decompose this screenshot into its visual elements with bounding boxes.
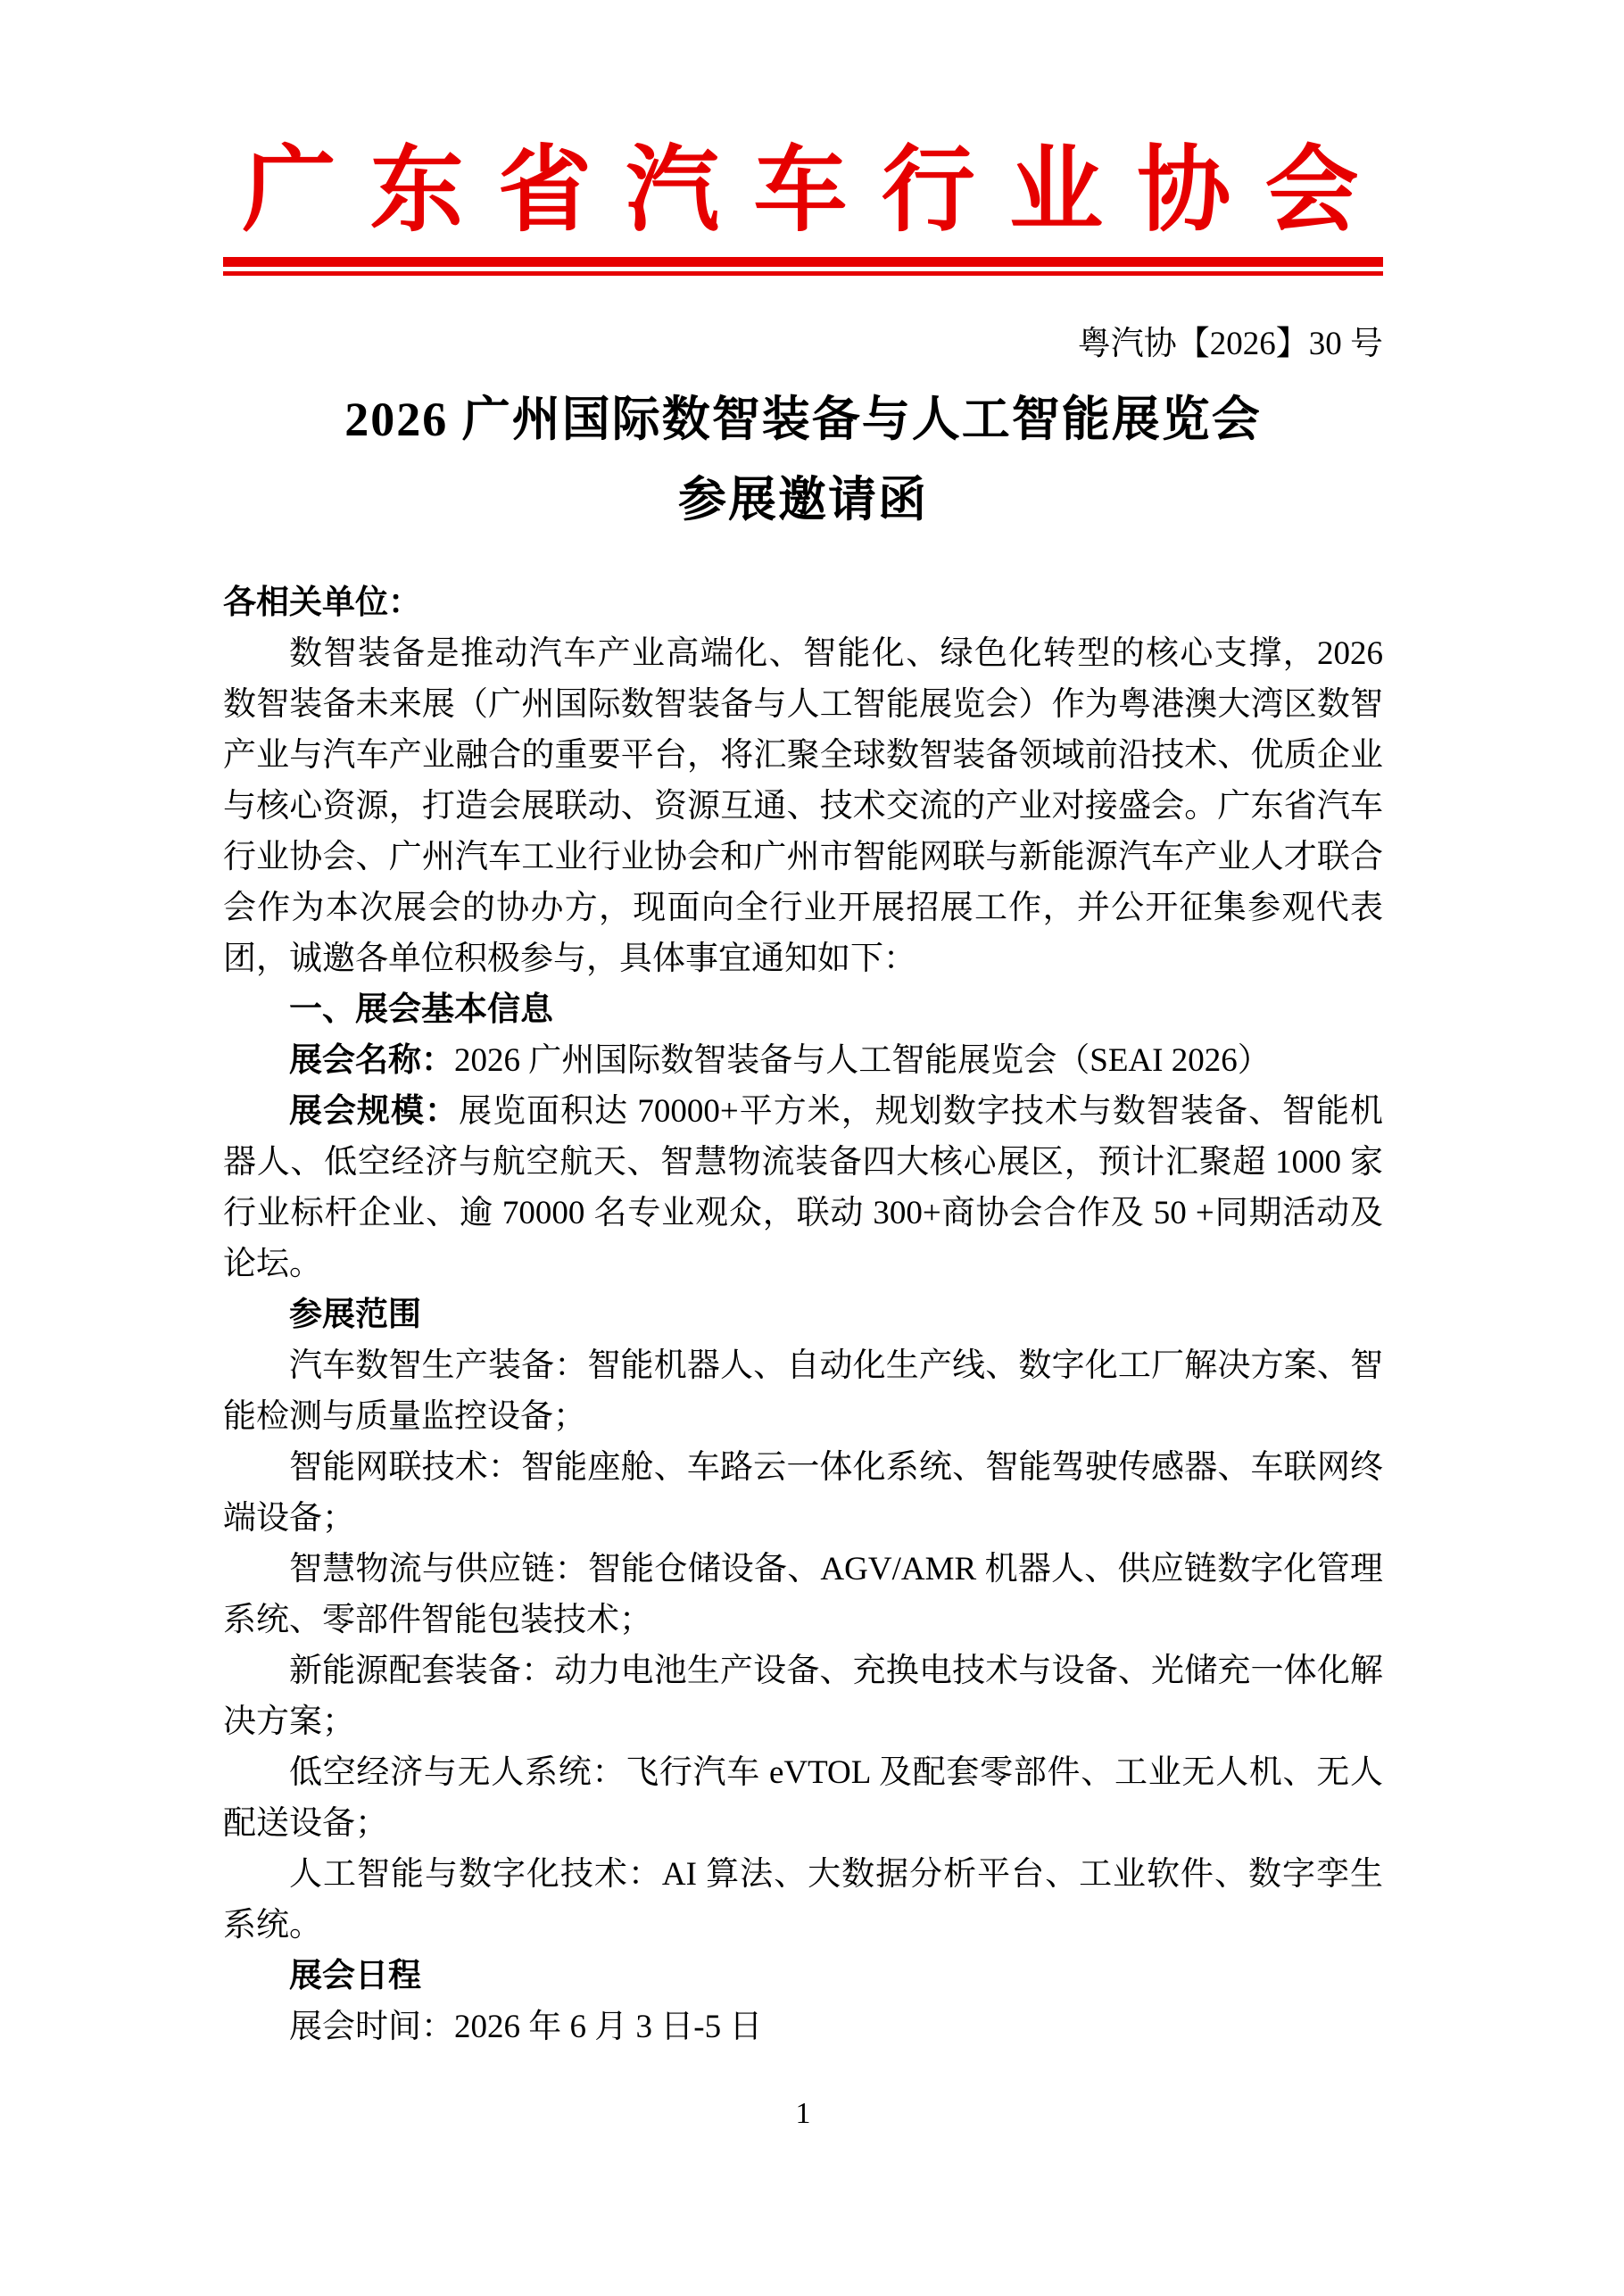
salutation: 各相关单位： <box>223 577 1383 628</box>
section-heading-basic-info: 一、展会基本信息 <box>223 984 1383 1035</box>
doc-title: 2026 广州国际数智装备与人工智能展览会 <box>223 392 1383 447</box>
letterhead-rule-thick <box>223 257 1383 267</box>
doc-subtitle: 参展邀请函 <box>223 472 1383 527</box>
page-number: 1 <box>223 2095 1383 2133</box>
scope-item: 智能网联技术：智能座舱、车路云一体化系统、智能驾驶传感器、车联网终端设备； <box>223 1442 1383 1544</box>
letterhead-rule-thin <box>223 271 1383 276</box>
schedule-time-line: 展会时间：2026 年 6 月 3 日-5 日 <box>223 2002 1383 2052</box>
scope-item: 低空经济与无人系统：飞行汽车 eVTOL 及配套零部件、工业无人机、无人配送设备… <box>223 1747 1383 1849</box>
intro-paragraph: 数智装备是推动汽车产业高端化、智能化、绿色化转型的核心支撑，2026 数智装备未… <box>223 628 1383 984</box>
exhibition-scale-label: 展会规模： <box>289 1093 459 1130</box>
exhibition-name-label: 展会名称： <box>289 1042 454 1079</box>
doc-number: 粤汽协【2026】30 号 <box>223 324 1383 365</box>
letter-body: 各相关单位： 数智装备是推动汽车产业高端化、智能化、绿色化转型的核心支撑，202… <box>223 577 1383 2052</box>
scope-item: 新能源配套装备：动力电池生产设备、充换电技术与设备、光储充一体化解决方案； <box>223 1645 1383 1747</box>
document-page: 广 东 省 汽 车 行 业 协 会 粤汽协【2026】30 号 2026 广州国… <box>0 0 1624 2296</box>
scope-item: 人工智能与数字化技术：AI 算法、大数据分析平台、工业软件、数字孪生系统。 <box>223 1849 1383 1951</box>
org-name: 广 东 省 汽 车 行 业 协 会 <box>223 141 1383 241</box>
scope-item: 智慧物流与供应链：智能仓储设备、AGV/AMR 机器人、供应链数字化管理系统、零… <box>223 1544 1383 1645</box>
section-heading-scope: 参展范围 <box>223 1289 1383 1340</box>
section-heading-schedule: 展会日程 <box>223 1951 1383 2002</box>
letterhead: 广 东 省 汽 车 行 业 协 会 <box>223 141 1383 276</box>
exhibition-scale-line: 展会规模：展览面积达 70000+平方米，规划数字技术与数智装备、智能机器人、低… <box>223 1086 1383 1289</box>
exhibition-name-value: 2026 广州国际数智装备与人工智能展览会（SEAI 2026） <box>454 1042 1271 1079</box>
scope-item: 汽车数智生产装备：智能机器人、自动化生产线、数字化工厂解决方案、智能检测与质量监… <box>223 1340 1383 1442</box>
letterhead-rule <box>223 257 1383 276</box>
exhibition-name-line: 展会名称：2026 广州国际数智装备与人工智能展览会（SEAI 2026） <box>223 1035 1383 1086</box>
